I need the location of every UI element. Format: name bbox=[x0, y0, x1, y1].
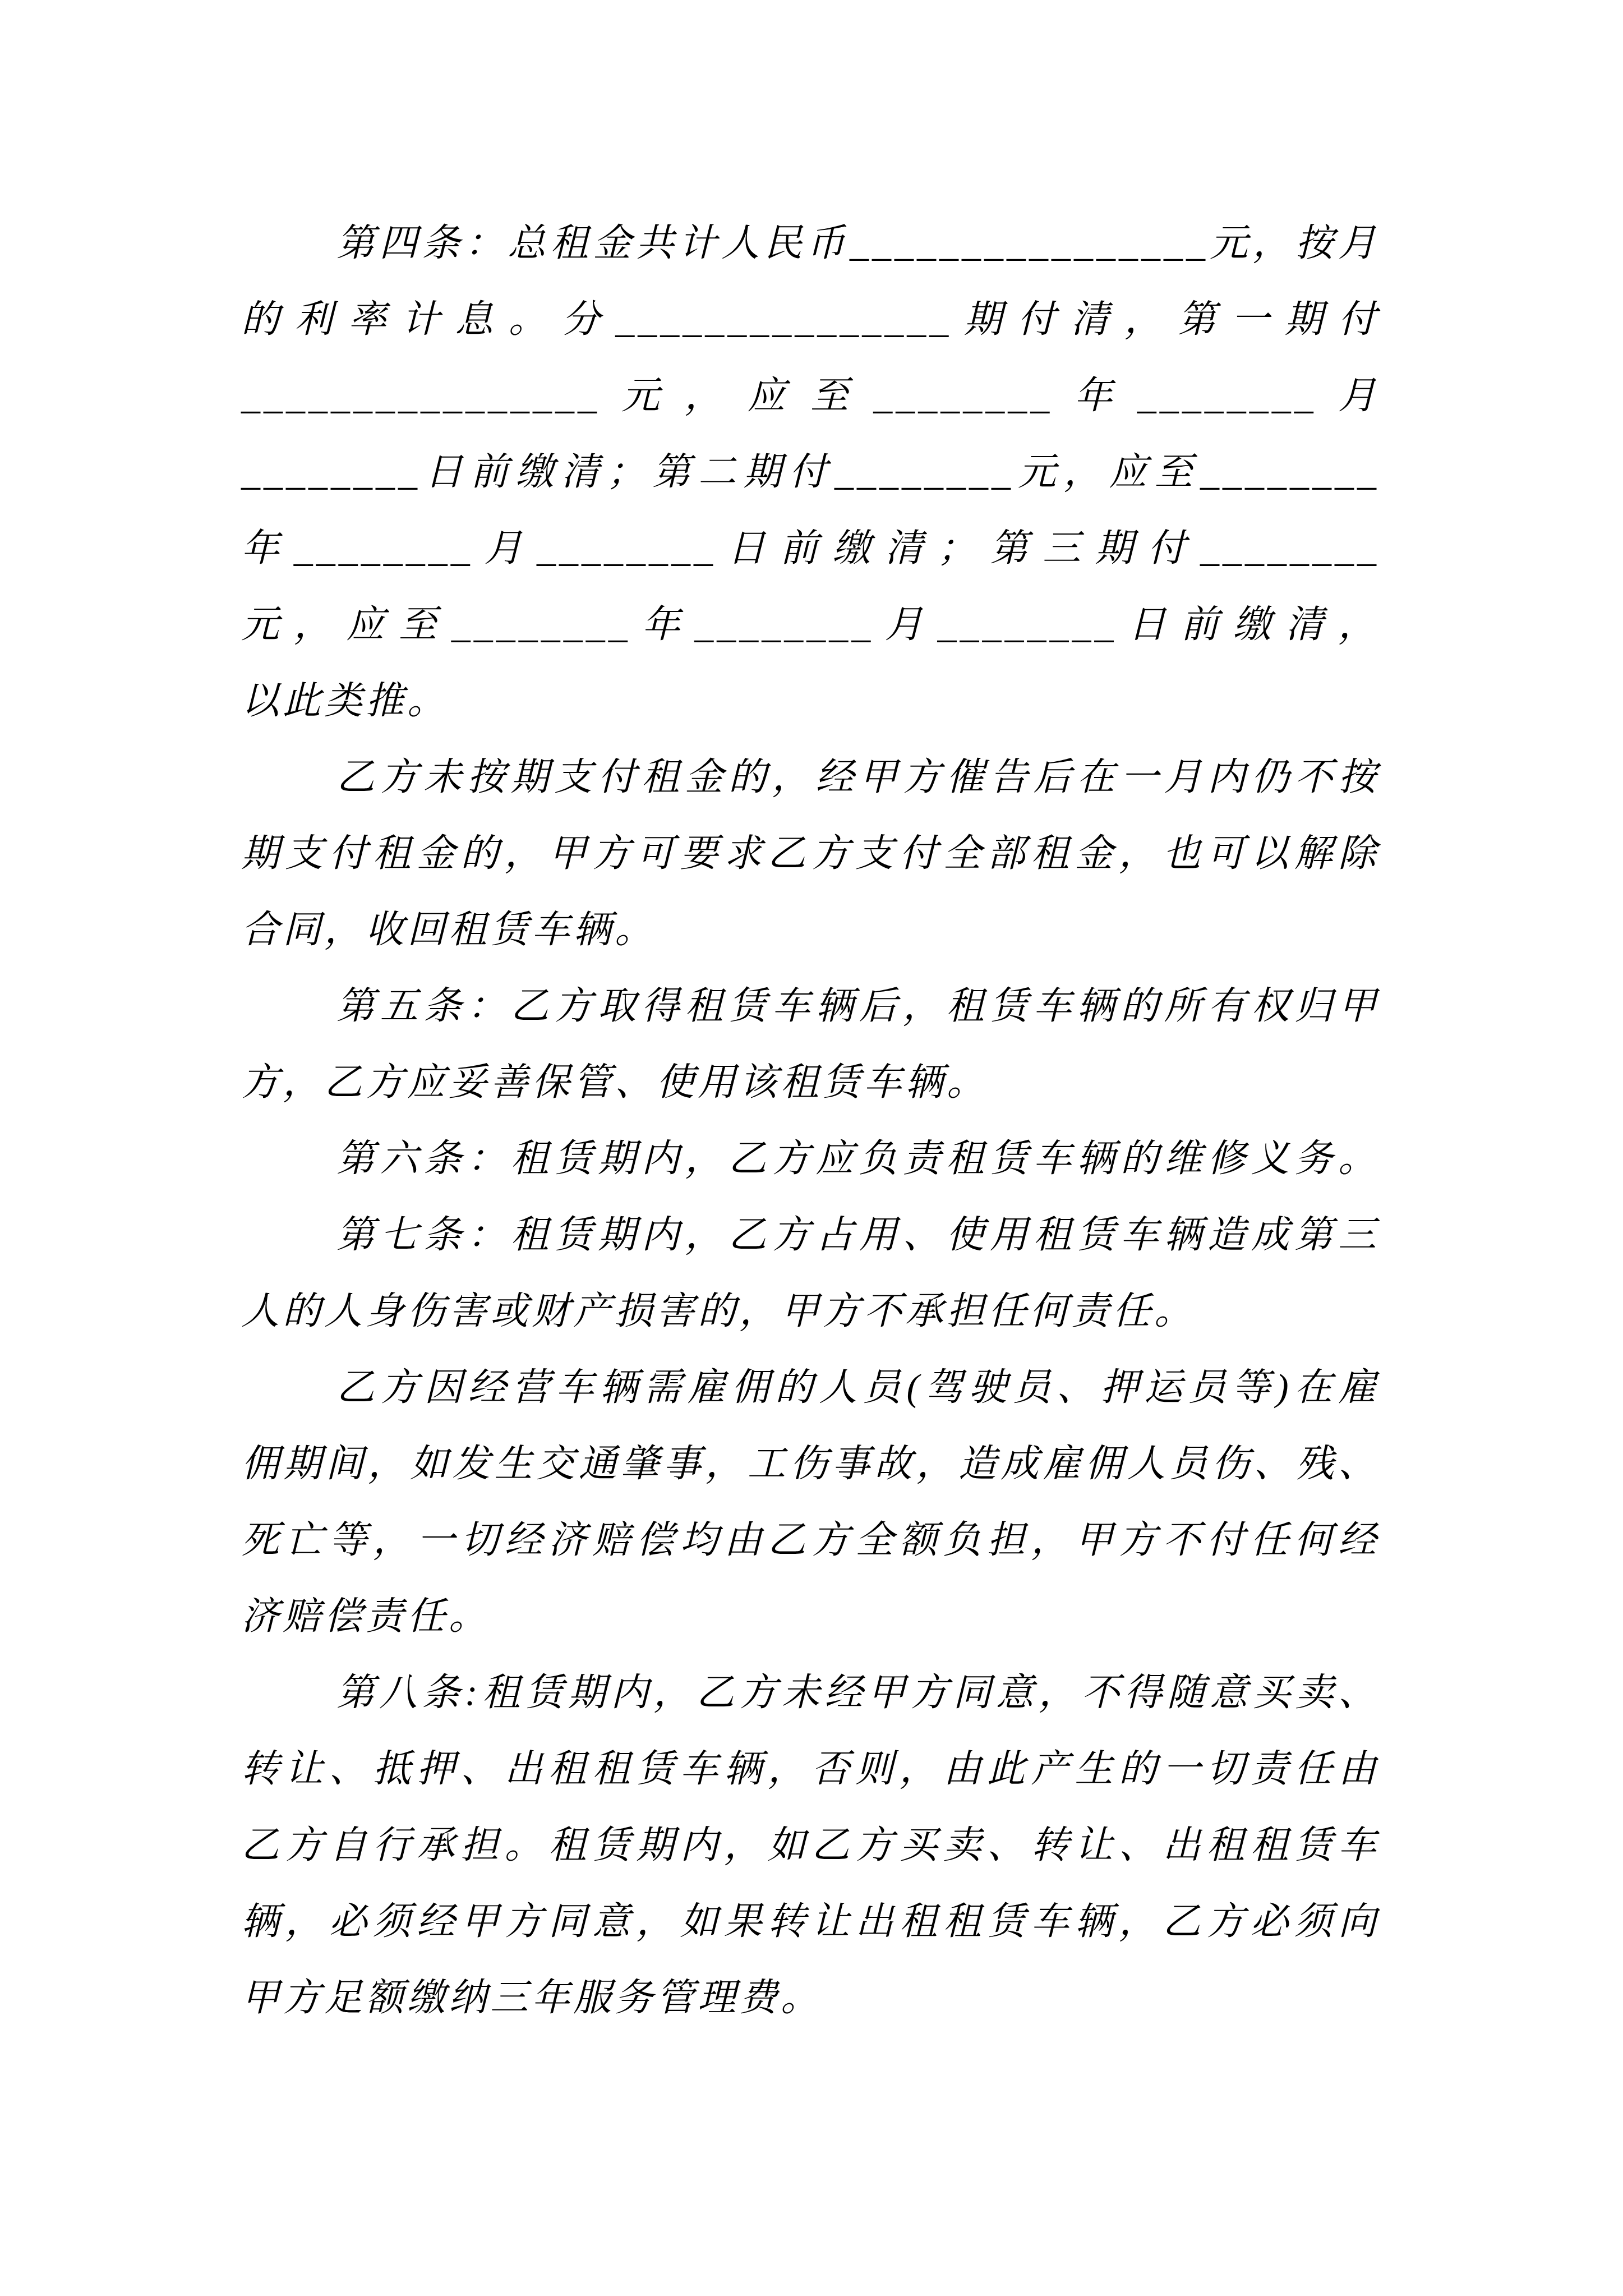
contract-line: 第五条：乙方取得租赁车辆后，租赁车辆的所有权归甲 bbox=[241, 968, 1380, 1044]
contract-line: 济赔偿责任。 bbox=[241, 1578, 1380, 1654]
contract-line: 人的人身伤害或财产损害的，甲方不承担任何责任。 bbox=[241, 1273, 1380, 1349]
contract-line: 乙方因经营车辆需雇佣的人员(驾驶员、押运员等)在雇 bbox=[241, 1349, 1380, 1425]
contract-line: 合同，收回租赁车辆。 bbox=[241, 891, 1380, 968]
contract-line: 第七条：租赁期内，乙方占用、使用租赁车辆造成第三 bbox=[241, 1197, 1380, 1273]
contract-line: 方，乙方应妥善保管、使用该租赁车辆。 bbox=[241, 1044, 1380, 1120]
contract-line: 年________月________日前缴清；第三期付________ bbox=[241, 510, 1380, 586]
contract-line: 以此类推。 bbox=[241, 662, 1380, 739]
contract-line: 转让、抵押、出租租赁车辆，否则，由此产生的一切责任由 bbox=[241, 1731, 1380, 1807]
contract-line: 辆，必须经甲方同意，如果转让出租租赁车辆，乙方必须向 bbox=[241, 1883, 1380, 1959]
contract-line: 的利率计息。分_______________期付清，第一期付 bbox=[241, 281, 1380, 357]
document-body: 第四条：总租金共计人民币________________元，按月的利率计息。分_… bbox=[241, 205, 1380, 2036]
contract-line: 乙方自行承担。租赁期内，如乙方买卖、转让、出租租赁车 bbox=[241, 1807, 1380, 1883]
contract-line: 第四条：总租金共计人民币________________元，按月 bbox=[241, 205, 1380, 281]
contract-line: 乙方未按期支付租金的，经甲方催告后在一月内仍不按 bbox=[241, 739, 1380, 815]
contract-line: 期支付租金的，甲方可要求乙方支付全部租金，也可以解除 bbox=[241, 815, 1380, 891]
contract-line: 元，应至________年________月________日前缴清， bbox=[241, 586, 1380, 662]
contract-line: 第六条：租赁期内，乙方应负责租赁车辆的维修义务。 bbox=[241, 1120, 1380, 1197]
document-page: 第四条：总租金共计人民币________________元，按月的利率计息。分_… bbox=[0, 0, 1623, 2296]
contract-line: 甲方足额缴纳三年服务管理费。 bbox=[241, 1959, 1380, 2036]
contract-line: 第八条:租赁期内，乙方未经甲方同意，不得随意买卖、 bbox=[241, 1654, 1380, 1731]
contract-line: ________日前缴清；第二期付________元，应至________ bbox=[241, 434, 1380, 510]
contract-line: 佣期间，如发生交通肇事，工伤事故，造成雇佣人员伤、残、 bbox=[241, 1425, 1380, 1502]
contract-line: 死亡等，一切经济赔偿均由乙方全额负担，甲方不付任何经 bbox=[241, 1502, 1380, 1578]
contract-line: ________________元，应至________年________月 bbox=[241, 357, 1380, 434]
